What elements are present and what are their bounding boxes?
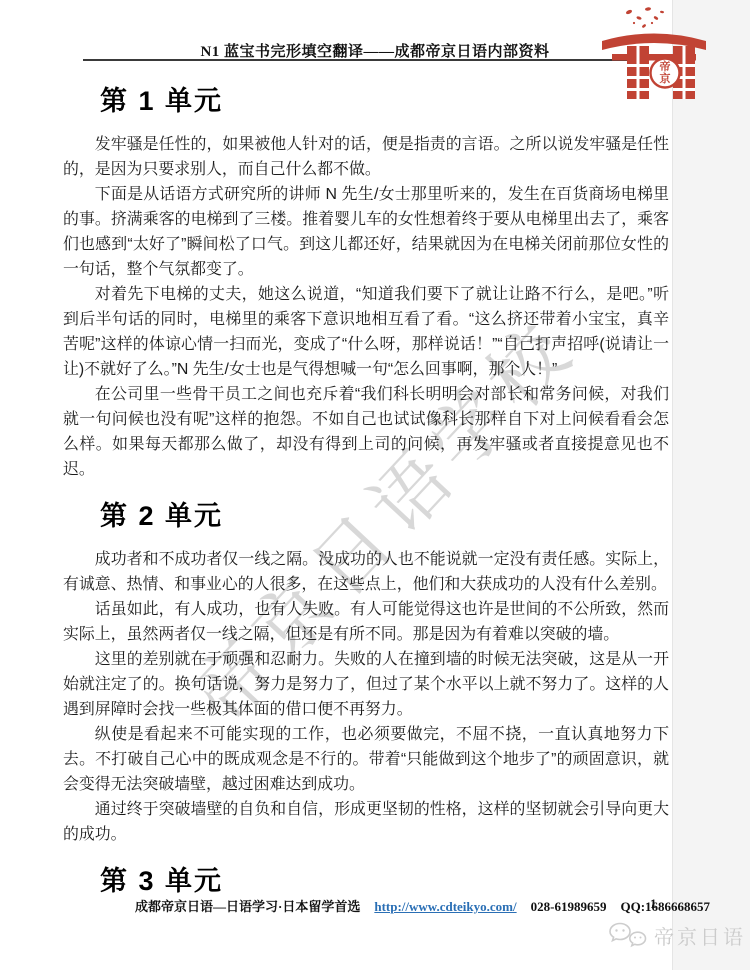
unit-3-section: 第 3 单元 xyxy=(63,866,669,897)
footer-qq: QQ:1686668657 xyxy=(620,899,710,914)
corner-brand-text: 帝京日语 xyxy=(654,921,746,950)
paragraph: 纵使是看起来不可能实现的工作，也必须要做完，不屈不挠，一直认真地努力下去。不打破… xyxy=(63,722,669,797)
paragraph: 成功者和不成功者仅一线之隔。没成功的人也不能说就一定没有责任感。实际上，有诚意、… xyxy=(63,547,669,597)
torii-gate-logo-icon: 帝 京 xyxy=(599,5,709,101)
logo-seal-char-top: 帝 xyxy=(659,59,671,73)
wechat-icon xyxy=(608,920,648,950)
corner-brand: 帝京日语 xyxy=(608,920,746,950)
unit-1-title: 第 1 单元 xyxy=(100,86,669,117)
paragraph: 话虽如此，有人成功，也有人失败。有人可能觉得这也许是世间的不公所致，然而实际上，… xyxy=(63,597,669,647)
paragraph: 下面是从话语方式研究所的讲师 N 先生/女士那里听来的，发生在百货商场电梯里的事… xyxy=(63,182,669,282)
unit-2-section: 第 2 单元 成功者和不成功者仅一线之隔。没成功的人也不能说就一定没有责任感。实… xyxy=(63,501,669,847)
paragraph: 在公司里一些骨干员工之间也充斥着“我们科长明明会对部长和常务问候，对我们就一句问… xyxy=(63,382,669,482)
page-edge-shadow xyxy=(672,0,750,970)
paragraph: 发牢骚是任性的，如果被他人针对的话，便是指责的言语。之所以说发牢骚是任性的，是因… xyxy=(63,132,669,182)
footer-company-text: 成都帝京日语—日语学习·日本留学首选 xyxy=(135,899,360,914)
unit-2-title: 第 2 单元 xyxy=(100,501,669,532)
paragraph: 这里的差别就在于顽强和忍耐力。失败的人在撞到墙的时候无法突破，这是从一开始就注定… xyxy=(63,647,669,722)
footer-phone: 028-61989659 xyxy=(531,899,607,914)
document-body: 第 1 单元 发牢骚是任性的，如果被他人针对的话，便是指责的言语。之所以说发牢骚… xyxy=(63,86,669,912)
unit-1-section: 第 1 单元 发牢骚是任性的，如果被他人针对的话，便是指责的言语。之所以说发牢骚… xyxy=(63,86,669,482)
paragraph: 对着先下电梯的丈夫，她这么说道，“知道我们要下了就让让路不行么，是吧。”听到后半… xyxy=(63,282,669,382)
paragraph: 通过终于突破墙壁的自负和自信，形成更坚韧的性格，这样的坚韧就会引导向更大的成功。 xyxy=(63,797,669,847)
page-footer: 成都帝京日语—日语学习·日本留学首选http://www.cdteikyo.co… xyxy=(135,896,724,915)
unit-3-title: 第 3 单元 xyxy=(100,866,669,897)
logo-seal-char-bottom: 京 xyxy=(660,71,671,85)
page-number: 1 xyxy=(650,896,657,912)
footer-website-link[interactable]: http://www.cdteikyo.com/ xyxy=(374,899,516,914)
